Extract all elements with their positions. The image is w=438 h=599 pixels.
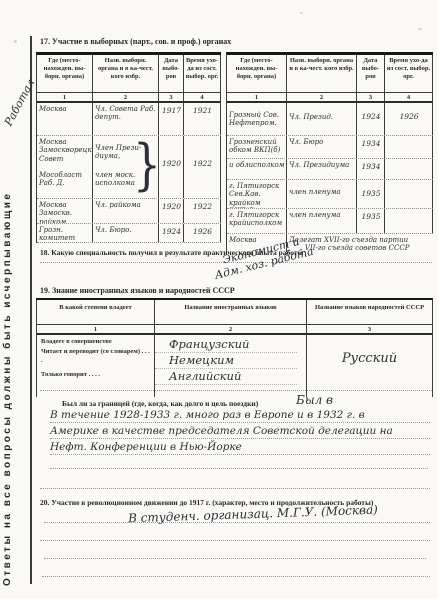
cell-leave: 1922 <box>184 199 221 223</box>
header-ussr-languages: Название языков народностей СССР <box>307 300 432 324</box>
col-number: 3 <box>357 92 385 103</box>
abroad-answer-line: Америке в качестве председателя Советско… <box>50 425 430 439</box>
col-number: 4 <box>184 92 221 103</box>
blank-rule <box>40 540 430 541</box>
cell-date: 1924 <box>159 224 184 242</box>
cell-place: Грозный Сов. Нефтепром. <box>227 103 287 135</box>
abroad-inline-answer: Был в <box>296 393 333 407</box>
cell-organ: Чл. Бюро <box>287 136 357 158</box>
table-row: и облисполком Чл. Президиума 1934 <box>227 159 433 180</box>
cell-place: Москва <box>37 103 93 135</box>
table-number-row: 1 2 3 4 <box>227 92 433 103</box>
cell-date: 1920 <box>159 136 184 198</box>
col-number: 2 <box>93 92 159 103</box>
cell-date: 1935 <box>357 209 385 233</box>
header-place: Где (место-нахожден. вы-борн. органа) <box>37 55 93 92</box>
scan-speck <box>14 40 17 43</box>
col-number: 2 <box>287 92 357 103</box>
cell-date: 1934 <box>357 159 385 179</box>
foreign-language: Английский <box>155 369 297 385</box>
table-row: Москва Замоскворецк. Совет Мособласт Раб… <box>37 136 221 199</box>
cell-date: 1920 <box>159 199 184 223</box>
cell-place: Грозненский обком ВКП(б) <box>227 136 287 158</box>
cell-leave: 1922 <box>184 136 221 198</box>
table-row: г. Пятигорск Сев.Кав. крайком ВКП(б) чле… <box>227 180 433 209</box>
table-row: Грозный Сов. Нефтепром. Чл. Презид. 1924… <box>227 103 433 136</box>
header-foreign-languages: Название иностранных языков <box>155 300 307 324</box>
blank-rule <box>44 558 426 559</box>
foreign-language: Французский <box>155 337 297 353</box>
cell-leave <box>385 159 433 179</box>
cell-date: 1924 <box>357 103 385 135</box>
cell-place-entry: Москва Замоскворецк. Совет <box>39 138 91 163</box>
foreign-languages-cell: Французский Немецким Английский <box>155 335 307 397</box>
blank-rule <box>40 390 432 391</box>
cell-date: 1935 <box>357 180 385 208</box>
abroad-answer-line: В течение 1928-1933 г. много раз в Европ… <box>50 409 430 423</box>
col-number: 2 <box>155 324 307 335</box>
margin-vertical-note: Ответы на все вопросы должны быть исчерп… <box>2 52 13 586</box>
blank-rule <box>44 522 430 523</box>
cell-leave <box>385 180 433 208</box>
abroad-answer-line: Нефт. Конференции в Нью-Йорке <box>50 441 430 455</box>
degree-option: Владеет в совершенстве <box>41 338 152 346</box>
degree-option: Читает и переводит (со словарем) . . . . <box>41 348 152 365</box>
table-row: Грозненский обком ВКП(б) Чл. Бюро 1934 <box>227 136 433 159</box>
header-leave: Время ухо-да из сост. выбор. орг. <box>385 55 433 92</box>
left-margin-rule <box>30 36 32 584</box>
foreign-language: Немецким <box>155 353 297 369</box>
degree-option: Только говорит . . . . <box>41 371 152 379</box>
cell-place-entry: Мособласт Раб. Д. <box>39 171 91 188</box>
col-number: 1 <box>37 324 155 335</box>
col-number: 1 <box>227 92 287 103</box>
cell-organ: Член Прези-диума, член моск. исполкома } <box>93 136 159 198</box>
table-header-row: Где (место-нахожден. вы-борн. органа) На… <box>37 55 221 92</box>
header-date: Дата выбо-ров <box>357 55 385 92</box>
ussr-language: Русский <box>307 351 432 366</box>
cell-organ: Чл. Презид. <box>287 103 357 135</box>
cell-place: Грозн. комитет ВКП(б) <box>37 224 93 242</box>
section17-table-right: Где (место-нахожден. вы-борн. органа) На… <box>226 52 433 252</box>
abroad-question-label: Был ли за границей (где, когда, как долг… <box>62 399 258 408</box>
cell-place: г. Пятигорск Сев.Кав. крайком ВКП(б) <box>227 180 287 208</box>
scan-speck <box>300 12 303 14</box>
header-organ: Назв. выборн. органа и в ка-чест. кого и… <box>93 55 159 92</box>
cell-place: г. Пятигорск крайисполком <box>227 209 287 233</box>
table-number-row: 1 2 3 4 <box>37 92 221 103</box>
grouping-brace: } <box>133 129 161 204</box>
header-leave: Время ухо-да из сост. выбор. орг. <box>184 55 221 92</box>
cell-organ: член пленума <box>287 209 357 233</box>
section19-title: 19. Знание иностранных языков и народнос… <box>40 286 235 295</box>
scan-speck <box>418 28 422 30</box>
ussr-languages-cell: Русский <box>307 335 432 397</box>
blank-rule <box>42 576 430 577</box>
col-number: 3 <box>159 92 184 103</box>
cell-leave: 1926 <box>184 224 221 242</box>
table-body-row: Владеет в совершенстве Читает и переводи… <box>37 335 432 397</box>
cell-organ: член пленума <box>287 180 357 208</box>
cell-date: 1917 <box>159 103 184 135</box>
cell-leave <box>385 136 433 158</box>
cell-leave: 1921 <box>184 103 221 135</box>
col-number: 4 <box>385 92 433 103</box>
section17-title: 17. Участие в выборных (парт., сов. и пр… <box>40 37 231 46</box>
cell-place: Москва Замоскворецк. Совет Мособласт Раб… <box>37 136 93 198</box>
cell-date: 1934 <box>357 136 385 158</box>
col-number: 3 <box>307 324 432 335</box>
table-header-row: Где (место-нахожден. вы-борн. органа) На… <box>227 55 433 92</box>
table-row: Москва Замоскв. райком ВКП(б) Чл. райком… <box>37 199 221 224</box>
section19-table: В какой степени владеет Название иностра… <box>36 298 433 397</box>
cell-organ: Чл. Бюро. <box>93 224 159 242</box>
cell-leave: 1926 <box>385 103 433 135</box>
header-degree: В какой степени владеет <box>37 300 155 324</box>
header-date: Дата выбо-ров <box>159 55 184 92</box>
cell-leave <box>385 209 433 233</box>
table-row: г. Пятигорск крайисполком член пленума 1… <box>227 209 433 234</box>
blank-rule <box>50 468 428 469</box>
col-number: 1 <box>37 92 93 103</box>
section17-table-left: Где (место-нахожден. вы-борн. органа) На… <box>36 52 221 243</box>
header-organ: Назв. выборн. органа и в ка-чест. кого и… <box>287 55 357 92</box>
table-number-row: 1 2 3 <box>37 324 432 335</box>
cell-place: и облисполком <box>227 159 287 179</box>
blank-rule <box>40 488 430 489</box>
table-row: Грозн. комитет ВКП(б) Чл. Бюро. 1924 192… <box>37 224 221 243</box>
scanned-questionnaire-page: Ответы на все вопросы должны быть исчерп… <box>0 0 438 599</box>
degree-options: Владеет в совершенстве Читает и переводи… <box>37 335 155 397</box>
cell-place: Москва Замоскв. райком ВКП(б) <box>37 199 93 223</box>
table-row: Москва Чл. Совета Раб. депут. 1917 1921 <box>37 103 221 136</box>
cell-organ: Чл. Президиума <box>287 159 357 179</box>
header-place: Где (место-нахожден. вы-борн. органа) <box>227 55 287 92</box>
table-header-row: В какой степени владеет Название иностра… <box>37 300 432 324</box>
